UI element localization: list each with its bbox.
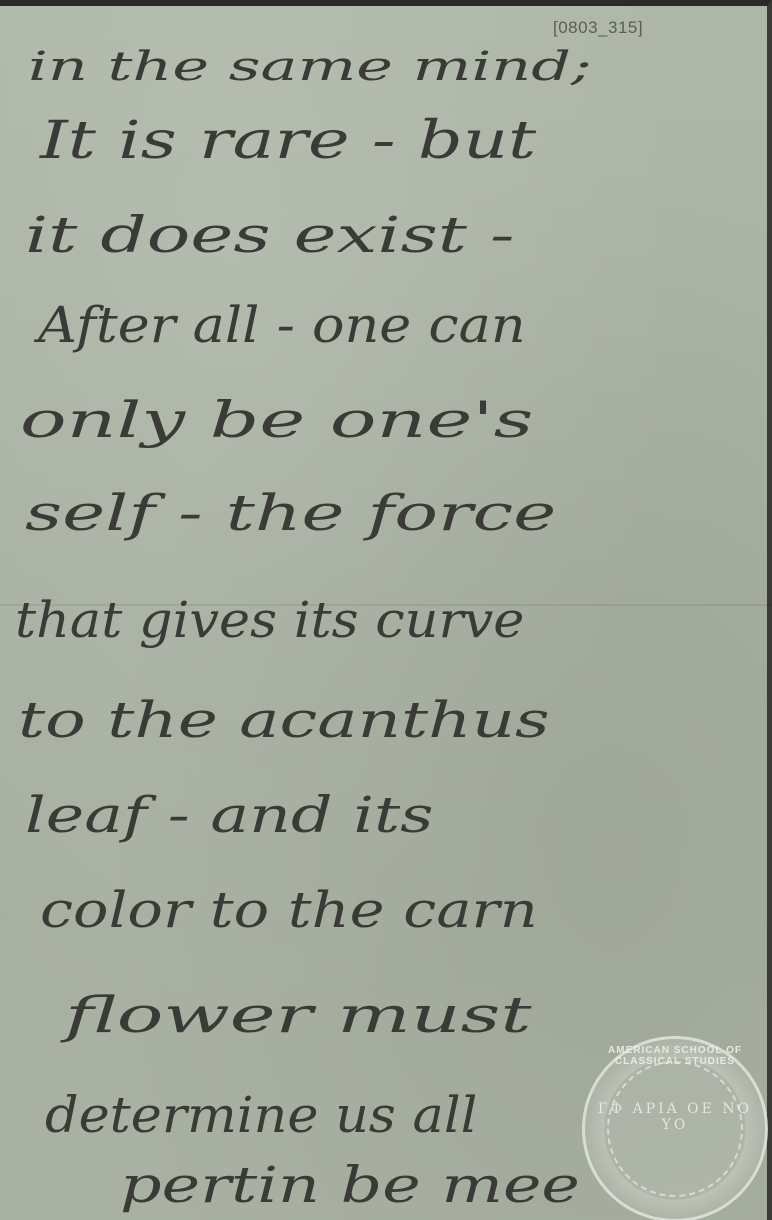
handwritten-line: to the acanthus: [18, 691, 550, 749]
handwritten-line: self - the force: [25, 484, 556, 542]
institution-seal: AMERICAN SCHOOL OF CLASSICAL STUDIES ΓΦ …: [582, 1036, 768, 1220]
handwritten-line: color to the carn: [40, 881, 538, 939]
handwritten-line: It is rare - but: [40, 111, 536, 171]
handwritten-line: determine us all: [45, 1086, 477, 1144]
handwritten-line: in the same mind;: [28, 44, 592, 90]
handwritten-line: pertin be mee: [120, 1156, 580, 1214]
reference-number: [0803_315]: [553, 18, 643, 38]
letter-page: [0803_315] in the same mind; It is rare …: [0, 0, 772, 1220]
handwritten-line: it does exist -: [25, 206, 514, 264]
handwritten-line: leaf - and its: [25, 786, 434, 844]
handwritten-line: that gives its curve: [15, 591, 524, 649]
handwritten-line: only be one's: [20, 391, 533, 449]
handwritten-line: flower must: [65, 986, 532, 1044]
seal-center-text: ΓΦ ΑΡΙΑ ΟΕ ΝΟ ΥΟ: [585, 1101, 765, 1133]
handwritten-line: After all - one can: [38, 296, 526, 354]
